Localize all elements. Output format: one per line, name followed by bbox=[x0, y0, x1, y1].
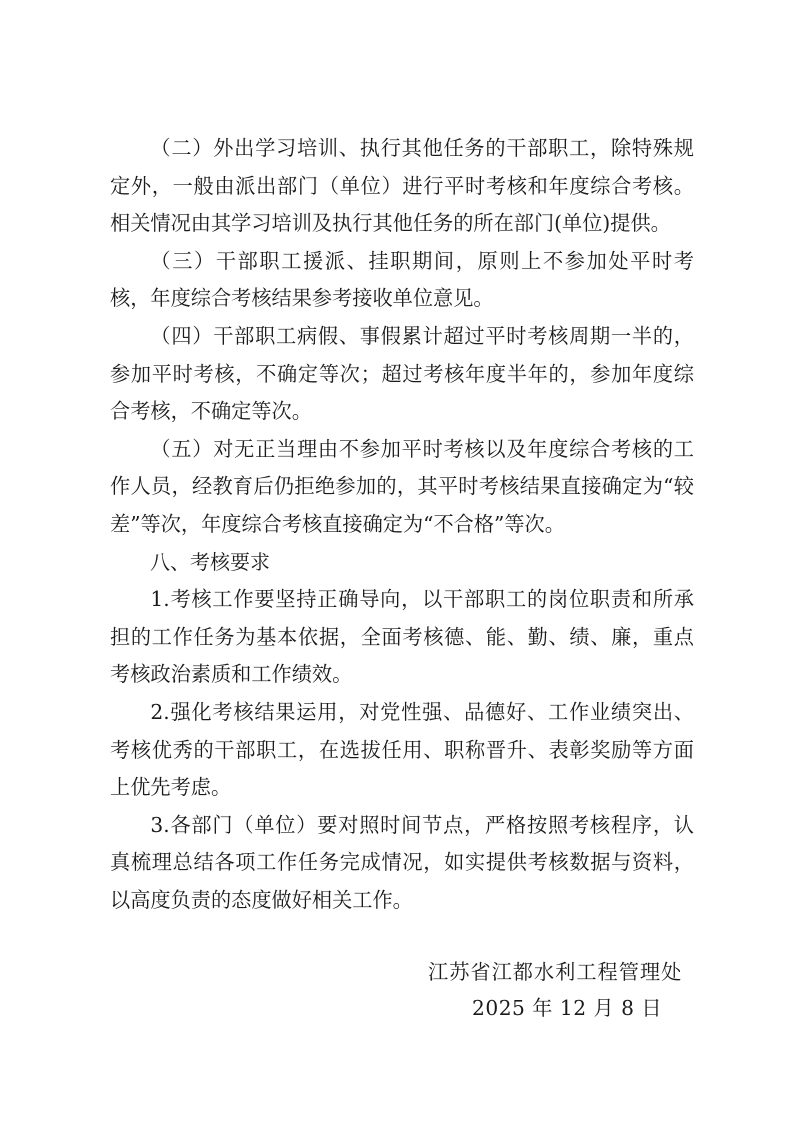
section-heading: 八、考核要求 bbox=[110, 544, 694, 582]
requirement-item-3: 3.各部门（单位）要对照时间节点，严格按照考核程序，认真梳理总结各项工作任务完成… bbox=[110, 807, 694, 920]
paragraph-item-2: （二）外出学习培训、执行其他任务的干部职工，除特殊规定外，一般由派出部门（单位）… bbox=[110, 130, 694, 243]
issuing-organization: 江苏省江都水利工程管理处 bbox=[400, 954, 700, 990]
issue-date: 2025 年 12 月 8 日 bbox=[400, 990, 700, 1026]
requirement-item-2: 2.强化考核结果运用，对党性强、品德好、工作业绩突出、考核优秀的干部职工，在选拔… bbox=[110, 694, 694, 807]
paragraph-item-4: （四）干部职工病假、事假累计超过平时考核周期一半的，参加平时考核，不确定等次；超… bbox=[110, 318, 694, 431]
signature-block: 江苏省江都水利工程管理处 2025 年 12 月 8 日 bbox=[400, 954, 700, 1026]
document-page: （二）外出学习培训、执行其他任务的干部职工，除特殊规定外，一般由派出部门（单位）… bbox=[0, 0, 800, 1132]
requirement-item-1: 1.考核工作要坚持正确导向，以干部职工的岗位职责和所承担的工作任务为基本依据，全… bbox=[110, 581, 694, 694]
paragraph-item-5: （五）对无正当理由不参加平时考核以及年度综合考核的工作人员，经教育后仍拒绝参加的… bbox=[110, 431, 694, 544]
paragraph-item-3: （三）干部职工援派、挂职期间，原则上不参加处平时考核，年度综合考核结果参考接收单… bbox=[110, 243, 694, 318]
document-body: （二）外出学习培训、执行其他任务的干部职工，除特殊规定外，一般由派出部门（单位）… bbox=[110, 130, 694, 919]
